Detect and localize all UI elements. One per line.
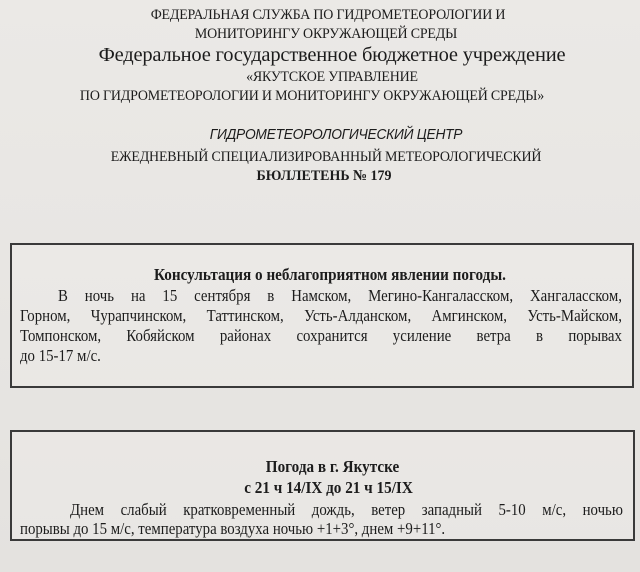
weather-line: порывы до 15 м/с, температура воздуха но… [20,521,623,538]
bulletin-page: ФЕДЕРАЛЬНАЯ СЛУЖБА ПО ГИДРОМЕТЕОРОЛОГИИ … [0,0,640,572]
consultation-title: Консультация о неблагоприятном явлении п… [45,267,615,284]
institution-type: Федеральное государственное бюджетное уч… [12,45,640,66]
consultation-line-text: Томпонском, Кобяйском районах сохранится… [20,328,622,345]
consultation-box: Консультация о неблагоприятном явлении п… [10,243,634,388]
consultation-line-text: В ночь на 15 сентября в Намском, Мегино-… [58,288,622,305]
agency-name-line1: ФЕДЕРАЛЬНАЯ СЛУЖБА ПО ГИДРОМЕТЕОРОЛОГИИ … [30,8,625,23]
weather-period: с 21 ч 14/IX до 21 ч 15/IX [43,480,614,497]
center-name: ГИДРОМЕТЕОРОЛОГИЧЕСКИЙ ЦЕНТР [42,127,631,142]
weather-line-text: порывы до 15 м/с, температура воздуха но… [20,521,623,538]
consultation-line: В ночь на 15 сентября в Намском, Мегино-… [58,288,622,305]
consultation-line-text: до 15-17 м/с. [20,348,622,365]
weather-line: Днем слабый кратковременный дождь, ветер… [70,502,623,519]
agency-name-line2: МОНИТОРИНГУ ОКРУЖАЮЩЕЙ СРЕДЫ [28,27,623,42]
weather-title: Погода в г. Якутске [47,459,618,476]
bulletin-type: ЕЖЕДНЕВНЫЙ СПЕЦИАЛИЗИРОВАННЫЙ МЕТЕОРОЛОГ… [28,150,623,165]
institution-name-line1: «ЯКУТСКОЕ УПРАВЛЕНИЕ [34,70,629,85]
consultation-line: до 15-17 м/с. [20,348,622,365]
consultation-line: Томпонском, Кобяйском районах сохранится… [20,328,622,345]
consultation-line-text: Горном, Чурапчинском, Таттинском, Усть-А… [20,308,622,325]
bulletin-number: БЮЛЛЕТЕНЬ № 179 [26,169,621,184]
weather-line-text: Днем слабый кратковременный дождь, ветер… [70,502,623,519]
weather-box: Погода в г. Якутске с 21 ч 14/IX до 21 ч… [10,430,635,541]
consultation-line: Горном, Чурапчинском, Таттинском, Усть-А… [20,308,622,325]
institution-name-line2: ПО ГИДРОМЕТЕОРОЛОГИИ И МОНИТОРИНГУ ОКРУЖ… [14,89,609,104]
